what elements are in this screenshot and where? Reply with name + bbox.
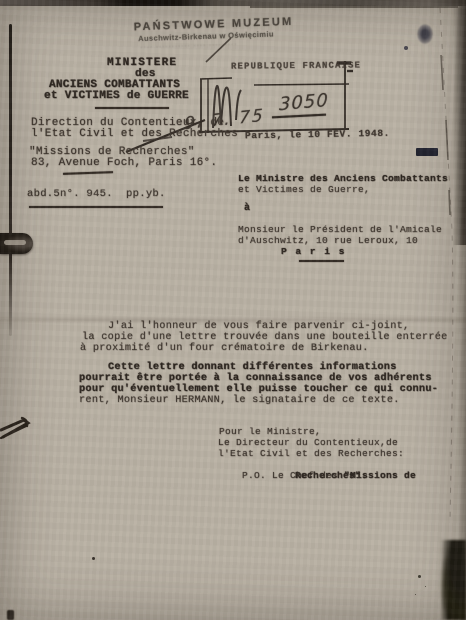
- body-para2-line2: pourrait être portée à la connaissance d…: [79, 373, 432, 384]
- crease-line-right: [440, 8, 453, 520]
- top-edge-line: [250, 6, 458, 8]
- body-para1-line2: la copie d'une lettre trouvée dans une b…: [82, 332, 448, 343]
- mark-bottom-left: [7, 610, 14, 620]
- stain-bottom-right: [440, 540, 466, 620]
- handwritten-number: 3050: [279, 90, 329, 115]
- dateline: Paris, le 10 FEV. 1948.: [245, 128, 390, 142]
- ministry-underline: [95, 107, 169, 109]
- blue-mark: [416, 148, 438, 156]
- recipient-from-line1: Le Ministre des Anciens Combattants: [238, 173, 448, 184]
- signature-line3: l'Etat Civil et des Recherches:: [218, 448, 404, 459]
- body-para1-line1: J'ai l'honneur de vous faire parvenir ci…: [108, 321, 409, 332]
- signature-line5: Recherches".: [295, 470, 367, 481]
- document-photo: PAŃSTWOWE MUZEUM Auschwitz-Birkenau w Oś…: [0, 0, 466, 620]
- ink-dot-top-right: [404, 46, 408, 50]
- recipient-from-line2: et Victimes de Guerre,: [238, 184, 370, 195]
- paper-clip-top-slot: [4, 240, 26, 245]
- body-para1-line3: à proximité d'un four crématoire de Birk…: [80, 343, 369, 354]
- body-para2-line3: pour qu'éventuellement elle puisse touch…: [79, 384, 438, 395]
- reference-number: abd.5n°. 945. pp.yb.: [27, 188, 166, 200]
- signature-line1: Pour le Ministre,: [219, 426, 321, 437]
- crease-darks: [441, 55, 450, 215]
- body-para2-line1: Cette lettre donnant différentes informa…: [108, 362, 397, 373]
- speck-bottom-right-dots: [418, 575, 421, 578]
- body-para2-line4: rent, Monsieur HERMANN, le signataire de…: [79, 395, 400, 406]
- service-underline: [63, 171, 113, 175]
- republique-title: REPUBLIQUE FRANCAISE: [231, 60, 361, 71]
- paper-clip-bottom: [1, 418, 28, 438]
- recipient-a: à: [244, 203, 250, 214]
- service-line2: 83, Avenue Foch, Paris 16°.: [31, 157, 217, 169]
- recipient-to-line1: Monsieur le Président de l'Amicale: [238, 224, 442, 235]
- reference-underline: [29, 206, 163, 208]
- recipient-underline: [299, 260, 344, 262]
- signature-line2: Le Directeur du Contentieux,de: [218, 437, 398, 448]
- museum-stamp: PAŃSTWOWE MUZEUM Auschwitz-Birkenau w Oś…: [134, 15, 325, 50]
- ministry-line4: et VICTIMES de GUERRE: [44, 90, 189, 102]
- left-page-edge-line: [9, 24, 12, 336]
- recipient-to-line2: d'Auschwitz, 10 rue Leroux, 10: [238, 235, 418, 246]
- recipient-to-line3: P a r i s: [281, 246, 346, 257]
- speck-mid-left: [92, 557, 95, 560]
- ink-blot-top-right: [417, 24, 433, 44]
